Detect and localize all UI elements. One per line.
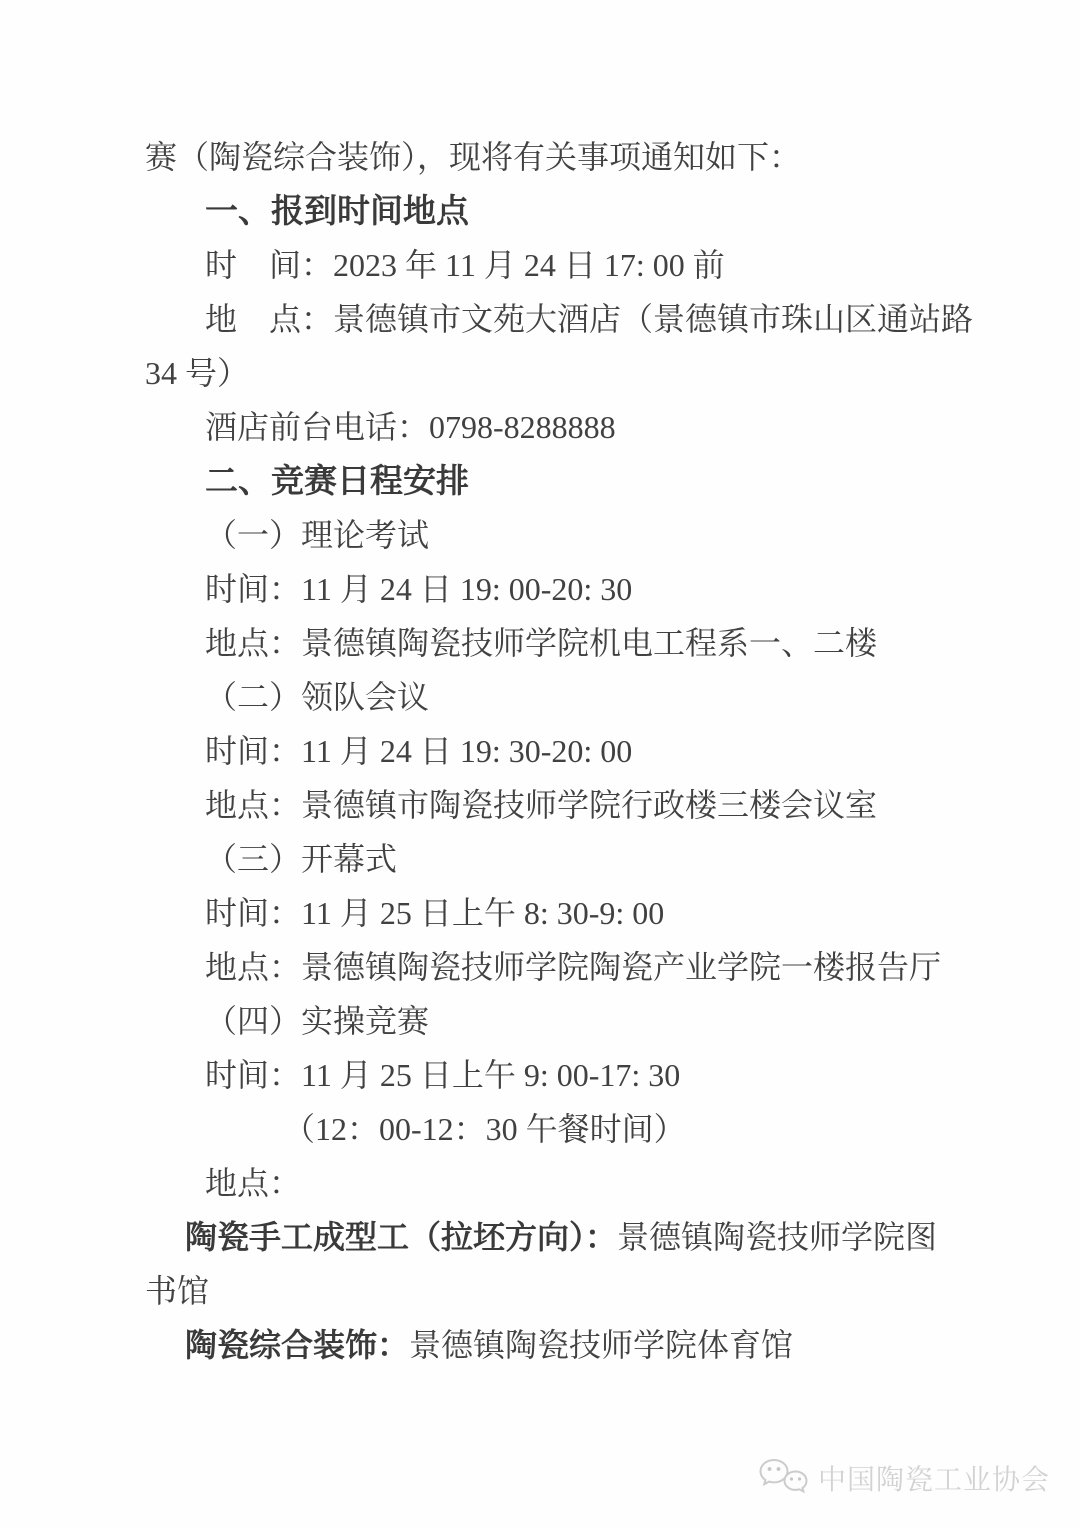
line-segment: 时 间：2023 年 11 月 24 日 17: 00 前 <box>205 247 725 283</box>
wechat-icon <box>758 1457 810 1499</box>
document-line: 赛（陶瓷综合装饰），现将有关事项通知如下： <box>145 130 945 184</box>
document-line: 地点：景德镇陶瓷技师学院机电工程系一、二楼 <box>145 616 945 670</box>
line-segment: 景德镇陶瓷技师学院图 <box>617 1219 937 1255</box>
line-segment: 地 点：景德镇市文苑大酒店（景德镇市珠山区通站路 <box>205 301 973 337</box>
line-segment: 时间：11 月 24 日 19: 00-20: 30 <box>205 571 632 607</box>
document-line: 陶瓷手工成型工（拉坯方向）：景德镇陶瓷技师学院图 <box>145 1210 945 1264</box>
line-segment: 时间：11 月 24 日 19: 30-20: 00 <box>205 733 632 769</box>
document-line: 时间：11 月 25 日上午 9: 00-17: 30 <box>145 1048 945 1102</box>
document-line: 地点：景德镇市陶瓷技师学院行政楼三楼会议室 <box>145 778 945 832</box>
line-segment: 时间：11 月 25 日上午 9: 00-17: 30 <box>205 1057 680 1093</box>
document-line: （三）开幕式 <box>145 832 945 886</box>
document-heading-line: 一、报到时间地点 <box>145 184 945 238</box>
document-line: （一）理论考试 <box>145 508 945 562</box>
document-line: 时 间：2023 年 11 月 24 日 17: 00 前 <box>145 238 945 292</box>
document-line: 34 号） <box>145 346 945 400</box>
document-page: 赛（陶瓷综合装饰），现将有关事项通知如下：一、报到时间地点时 间：2023 年 … <box>0 0 1080 1527</box>
line-segment: （二）领队会议 <box>205 679 429 715</box>
document-line: 时间：11 月 25 日上午 8: 30-9: 00 <box>145 886 945 940</box>
footer-watermark: 中国陶瓷工业协会 <box>758 1457 1050 1499</box>
line-segment: 地点：景德镇市陶瓷技师学院行政楼三楼会议室 <box>205 787 877 823</box>
line-segment: 时间：11 月 25 日上午 8: 30-9: 00 <box>205 895 664 931</box>
line-segment-bold: 二、竞赛日程安排 <box>205 462 469 499</box>
watermark-text: 中国陶瓷工业协会 <box>818 1458 1050 1498</box>
document-line: 时间：11 月 24 日 19: 00-20: 30 <box>145 562 945 616</box>
document-heading-line: 二、竞赛日程安排 <box>145 454 945 508</box>
line-segment: （一）理论考试 <box>205 517 429 553</box>
line-segment: （12：00-12：30 午餐时间） <box>283 1111 686 1147</box>
line-segment: 地点： <box>205 1165 301 1201</box>
document-line: 时间：11 月 24 日 19: 30-20: 00 <box>145 724 945 778</box>
line-segment-bold: 陶瓷手工成型工（拉坯方向）： <box>185 1219 617 1255</box>
line-segment: 酒店前台电话：0798-8288888 <box>205 409 616 445</box>
line-segment: 地点：景德镇陶瓷技师学院机电工程系一、二楼 <box>205 625 877 661</box>
document-line: 地点：景德镇陶瓷技师学院陶瓷产业学院一楼报告厅 <box>145 940 945 994</box>
document-line: 陶瓷综合装饰：景德镇陶瓷技师学院体育馆 <box>145 1318 945 1372</box>
line-segment-bold: 一、报到时间地点 <box>205 192 469 229</box>
document-line: （二）领队会议 <box>145 670 945 724</box>
line-segment: （四）实操竞赛 <box>205 1003 429 1039</box>
document-line: 地 点：景德镇市文苑大酒店（景德镇市珠山区通站路 <box>145 292 945 346</box>
line-segment: 34 号） <box>145 355 249 391</box>
line-segment: 景德镇陶瓷技师学院体育馆 <box>409 1327 793 1363</box>
line-segment: （三）开幕式 <box>205 841 397 877</box>
document-content: 赛（陶瓷综合装饰），现将有关事项通知如下：一、报到时间地点时 间：2023 年 … <box>145 130 945 1372</box>
document-line: （12：00-12：30 午餐时间） <box>145 1102 945 1156</box>
line-segment-bold: 陶瓷综合装饰： <box>185 1327 409 1363</box>
line-segment: 地点：景德镇陶瓷技师学院陶瓷产业学院一楼报告厅 <box>205 949 941 985</box>
document-line: 地点： <box>145 1156 945 1210</box>
line-segment: 赛（陶瓷综合装饰），现将有关事项通知如下： <box>145 139 801 175</box>
document-line: 酒店前台电话：0798-8288888 <box>145 400 945 454</box>
line-segment: 书馆 <box>145 1273 209 1309</box>
document-line: 书馆 <box>145 1264 945 1318</box>
document-line: （四）实操竞赛 <box>145 994 945 1048</box>
